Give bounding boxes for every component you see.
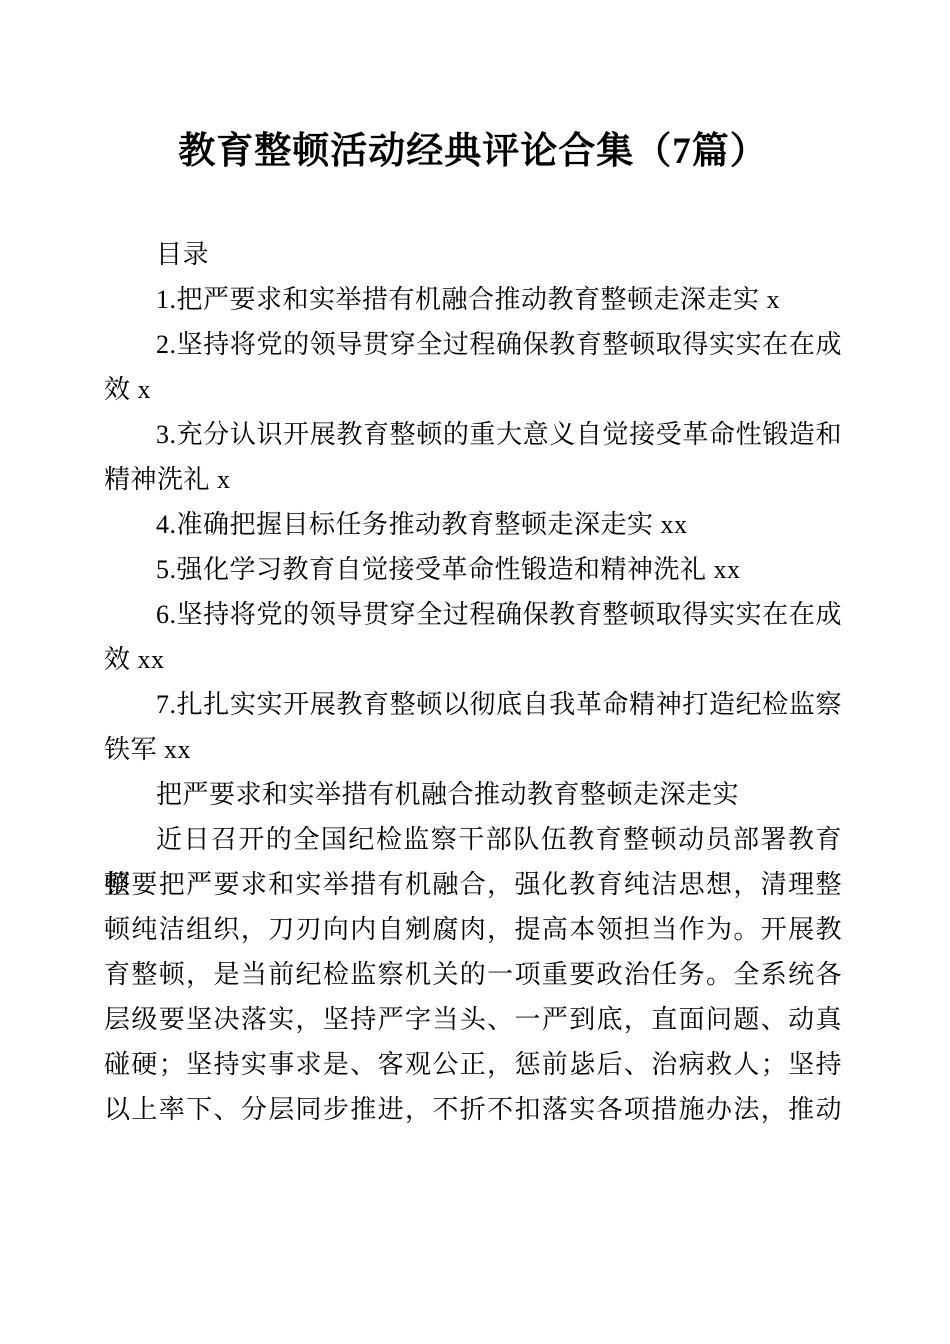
text-line: 近日召开的全国纪检监察干部队伍教育整顿动员部署教育整 xyxy=(104,817,842,862)
text-line: 育整顿，是当前纪检监察机关的一项重要政治任务。全系统各 xyxy=(104,952,842,997)
text-line: 效 x xyxy=(104,367,842,412)
text-line: 把严要求和实举措有机融合推动教育整顿走深走实 xyxy=(104,772,842,817)
text-line: 目录 xyxy=(104,232,842,277)
text-line: 2.坚持将党的领导贯穿全过程确保教育整顿取得实实在在成 xyxy=(104,322,842,367)
text-line: 4.准确把握目标任务推动教育整顿走深走实 xx xyxy=(104,502,842,547)
text-line: 效 xx xyxy=(104,637,842,682)
document-page: 教育整顿活动经典评论合集（7篇） 目录1.把严要求和实举措有机融合推动教育整顿走… xyxy=(0,0,950,1344)
text-line: 顿要把严要求和实举措有机融合，强化教育纯洁思想，清理整 xyxy=(104,862,842,907)
text-line: 顿纯洁组织，刀刃向内自剜腐肉，提高本领担当作为。开展教 xyxy=(104,907,842,952)
text-line: 6.坚持将党的领导贯穿全过程确保教育整顿取得实实在在成 xyxy=(104,592,842,637)
document-title: 教育整顿活动经典评论合集（7篇） xyxy=(104,130,842,174)
text-line: 3.充分认识开展教育整顿的重大意义自觉接受革命性锻造和 xyxy=(104,412,842,457)
text-line: 以上率下、分层同步推进，不折不扣落实各项措施办法，推动 xyxy=(104,1087,842,1132)
text-line: 5.强化学习教育自觉接受革命性锻造和精神洗礼 xx xyxy=(104,547,842,592)
text-line: 碰硬；坚持实事求是、客观公正，惩前毖后、治病救人；坚持 xyxy=(104,1042,842,1087)
text-line: 铁军 xx xyxy=(104,727,842,772)
text-line: 层级要坚决落实，坚持严字当头、一严到底，直面问题、动真 xyxy=(104,997,842,1042)
text-line: 精神洗礼 x xyxy=(104,457,842,502)
text-line: 1.把严要求和实举措有机融合推动教育整顿走深走实 x xyxy=(104,277,842,322)
text-line: 7.扎扎实实开展教育整顿以彻底自我革命精神打造纪检监察 xyxy=(104,682,842,727)
document-body: 目录1.把严要求和实举措有机融合推动教育整顿走深走实 x2.坚持将党的领导贯穿全… xyxy=(104,232,842,1132)
